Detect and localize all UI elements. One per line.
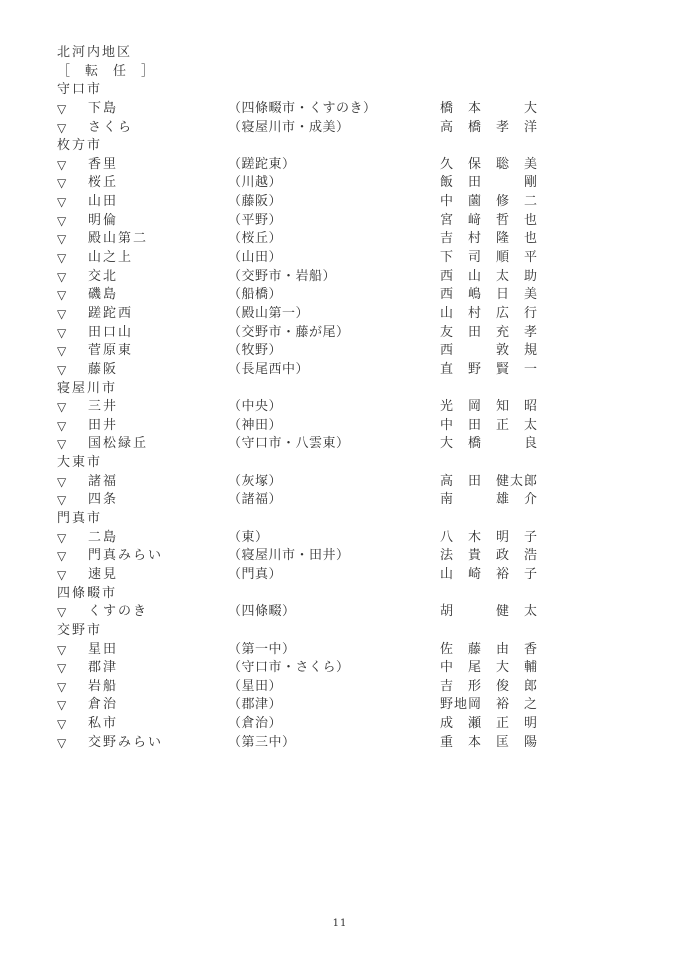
triangle-marker-icon: ▽ xyxy=(57,249,88,268)
person-name: 山 村 広 行 xyxy=(440,305,550,324)
school-name: 田口山 xyxy=(88,324,228,343)
previous-school: （第三中） xyxy=(228,734,440,753)
previous-school: （灰塚） xyxy=(228,473,440,492)
person-name: 山 崎 裕 子 xyxy=(440,566,550,585)
triangle-marker-icon: ▽ xyxy=(57,305,88,324)
person-name: 野地岡 裕 之 xyxy=(440,696,550,715)
previous-school: （川越） xyxy=(228,174,440,193)
previous-school: （守口市・八雲東） xyxy=(228,435,440,454)
transfer-entry-row: ▽蹉跎西（殿山第一）山 村 広 行 xyxy=(57,305,637,324)
transfer-entry-row: ▽交北（交野市・岩船）西 山 太 助 xyxy=(57,268,637,287)
school-name: 門真みらい xyxy=(88,547,228,566)
transfer-entry-row: ▽藤阪（長尾西中）直 野 賢 一 xyxy=(57,361,637,380)
transfer-entry-row: ▽二島（東）八 木 明 子 xyxy=(57,529,637,548)
previous-school: （藤阪） xyxy=(228,193,440,212)
previous-school: （第一中） xyxy=(228,641,440,660)
triangle-marker-icon: ▽ xyxy=(57,174,88,193)
transfer-entry-row: ▽田井（神田）中 田 正 太 xyxy=(57,417,637,436)
school-name: さくら xyxy=(88,119,228,138)
city-header: 門真市 xyxy=(57,510,637,529)
triangle-marker-icon: ▽ xyxy=(57,324,88,343)
school-name: 山之上 xyxy=(88,249,228,268)
school-name: 星田 xyxy=(88,641,228,660)
person-name: 直 野 賢 一 xyxy=(440,361,550,380)
school-name: 田井 xyxy=(88,417,228,436)
triangle-marker-icon: ▽ xyxy=(57,473,88,492)
previous-school: （長尾西中） xyxy=(228,361,440,380)
transfer-entry-row: ▽桜丘（川越）飯 田 剛 xyxy=(57,174,637,193)
previous-school: （中央） xyxy=(228,398,440,417)
school-name: 三井 xyxy=(88,398,228,417)
triangle-marker-icon: ▽ xyxy=(57,100,88,119)
city-header: 守口市 xyxy=(57,81,637,100)
school-name: 諸福 xyxy=(88,473,228,492)
transfer-entry-row: ▽交野みらい（第三中）重 本 匡 陽 xyxy=(57,734,637,753)
transfer-entry-row: ▽下島（四條畷市・くすのき）橋 本 大 xyxy=(57,100,637,119)
school-name: 交野みらい xyxy=(88,734,228,753)
person-name: 中 薗 修 二 xyxy=(440,193,550,212)
triangle-marker-icon: ▽ xyxy=(57,547,88,566)
school-name: 二島 xyxy=(88,529,228,548)
previous-school: （桜丘） xyxy=(228,230,440,249)
previous-school: （倉治） xyxy=(228,715,440,734)
previous-school: （殿山第一） xyxy=(228,305,440,324)
person-name: 久 保 聡 美 xyxy=(440,156,550,175)
previous-school: （星田） xyxy=(228,678,440,697)
triangle-marker-icon: ▽ xyxy=(57,641,88,660)
transfer-entry-row: ▽くすのき（四條畷）胡 健 太 xyxy=(57,603,637,622)
previous-school: （郡津） xyxy=(228,696,440,715)
triangle-marker-icon: ▽ xyxy=(57,230,88,249)
previous-school: （寝屋川市・田井） xyxy=(228,547,440,566)
school-name: 山田 xyxy=(88,193,228,212)
previous-school: （四條畷市・くすのき） xyxy=(228,100,440,119)
person-name: 大 橋 良 xyxy=(440,435,550,454)
triangle-marker-icon: ▽ xyxy=(57,361,88,380)
previous-school: （門真） xyxy=(228,566,440,585)
person-name: 飯 田 剛 xyxy=(440,174,550,193)
person-name: 橋 本 大 xyxy=(440,100,550,119)
previous-school: （蹉跎東） xyxy=(228,156,440,175)
transfer-entry-row: ▽私市（倉治）成 瀬 正 明 xyxy=(57,715,637,734)
previous-school: （神田） xyxy=(228,417,440,436)
transfer-entry-row: ▽星田（第一中）佐 藤 由 香 xyxy=(57,641,637,660)
school-name: 藤阪 xyxy=(88,361,228,380)
city-header: 交野市 xyxy=(57,622,637,641)
person-name: 中 田 正 太 xyxy=(440,417,550,436)
school-name: 私市 xyxy=(88,715,228,734)
transfer-entry-row: ▽諸福（灰塚）高 田 健太郎 xyxy=(57,473,637,492)
person-name: 法 貴 政 浩 xyxy=(440,547,550,566)
school-name: 交北 xyxy=(88,268,228,287)
school-name: 岩船 xyxy=(88,678,228,697)
person-name: 宮 﨑 哲 也 xyxy=(440,212,550,231)
city-header: 四條畷市 xyxy=(57,585,637,604)
page-number: 11 xyxy=(0,918,680,929)
transfer-entry-row: ▽岩船（星田）吉 形 俊 郎 xyxy=(57,678,637,697)
previous-school: （交野市・岩船） xyxy=(228,268,440,287)
person-name: 西 嶋 日 美 xyxy=(440,286,550,305)
person-name: 吉 村 隆 也 xyxy=(440,230,550,249)
previous-school: （山田） xyxy=(228,249,440,268)
triangle-marker-icon: ▽ xyxy=(57,603,88,622)
triangle-marker-icon: ▽ xyxy=(57,659,88,678)
triangle-marker-icon: ▽ xyxy=(57,678,88,697)
previous-school: （交野市・藤が尾） xyxy=(228,324,440,343)
school-name: 桜丘 xyxy=(88,174,228,193)
person-name: 成 瀬 正 明 xyxy=(440,715,550,734)
person-name: 中 尾 大 輔 xyxy=(440,659,550,678)
person-name: 光 岡 知 昭 xyxy=(440,398,550,417)
triangle-marker-icon: ▽ xyxy=(57,286,88,305)
triangle-marker-icon: ▽ xyxy=(57,342,88,361)
triangle-marker-icon: ▽ xyxy=(57,734,88,753)
triangle-marker-icon: ▽ xyxy=(57,268,88,287)
person-name: 佐 藤 由 香 xyxy=(440,641,550,660)
school-name: くすのき xyxy=(88,603,228,622)
person-name: 南 雄 介 xyxy=(440,491,550,510)
transfer-entry-row: ▽殿山第二（桜丘）吉 村 隆 也 xyxy=(57,230,637,249)
transfer-entry-row: ▽四条（諸福）南 雄 介 xyxy=(57,491,637,510)
city-header: 枚方市 xyxy=(57,137,637,156)
triangle-marker-icon: ▽ xyxy=(57,156,88,175)
previous-school: （船橋） xyxy=(228,286,440,305)
triangle-marker-icon: ▽ xyxy=(57,491,88,510)
person-name: 八 木 明 子 xyxy=(440,529,550,548)
school-name: 殿山第二 xyxy=(88,230,228,249)
city-sections: 守口市▽下島（四條畷市・くすのき）橋 本 大▽さくら（寝屋川市・成美）高 橋 孝… xyxy=(57,81,637,752)
transfer-entry-row: ▽国松緑丘（守口市・八雲東）大 橋 良 xyxy=(57,435,637,454)
triangle-marker-icon: ▽ xyxy=(57,435,88,454)
triangle-marker-icon: ▽ xyxy=(57,529,88,548)
school-name: 国松緑丘 xyxy=(88,435,228,454)
school-name: 菅原東 xyxy=(88,342,228,361)
triangle-marker-icon: ▽ xyxy=(57,696,88,715)
triangle-marker-icon: ▽ xyxy=(57,193,88,212)
transfer-entry-row: ▽田口山（交野市・藤が尾）友 田 充 孝 xyxy=(57,324,637,343)
person-name: 高 田 健太郎 xyxy=(440,473,550,492)
person-name: 重 本 匡 陽 xyxy=(440,734,550,753)
school-name: 下島 xyxy=(88,100,228,119)
person-name: 胡 健 太 xyxy=(440,603,550,622)
triangle-marker-icon: ▽ xyxy=(57,417,88,436)
person-name: 下 司 順 平 xyxy=(440,249,550,268)
transfer-list: 北河内地区 ［ 転 任 ］ 守口市▽下島（四條畷市・くすのき）橋 本 大▽さくら… xyxy=(57,44,637,752)
transfer-entry-row: ▽明倫（平野）宮 﨑 哲 也 xyxy=(57,212,637,231)
person-name: 西 山 太 助 xyxy=(440,268,550,287)
transfer-entry-row: ▽速見（門真）山 崎 裕 子 xyxy=(57,566,637,585)
list-type-heading: ［ 転 任 ］ xyxy=(57,63,637,82)
school-name: 倉治 xyxy=(88,696,228,715)
triangle-marker-icon: ▽ xyxy=(57,212,88,231)
school-name: 蹉跎西 xyxy=(88,305,228,324)
transfer-entry-row: ▽倉治（郡津）野地岡 裕 之 xyxy=(57,696,637,715)
previous-school: （牧野） xyxy=(228,342,440,361)
city-header: 大東市 xyxy=(57,454,637,473)
school-name: 郡津 xyxy=(88,659,228,678)
transfer-entry-row: ▽さくら（寝屋川市・成美）高 橋 孝 洋 xyxy=(57,119,637,138)
previous-school: （諸福） xyxy=(228,491,440,510)
person-name: 西 敦 規 xyxy=(440,342,550,361)
region-title: 北河内地区 xyxy=(57,44,637,63)
triangle-marker-icon: ▽ xyxy=(57,398,88,417)
school-name: 香里 xyxy=(88,156,228,175)
transfer-entry-row: ▽菅原東（牧野）西 敦 規 xyxy=(57,342,637,361)
triangle-marker-icon: ▽ xyxy=(57,715,88,734)
transfer-entry-row: ▽山之上（山田）下 司 順 平 xyxy=(57,249,637,268)
previous-school: （四條畷） xyxy=(228,603,440,622)
school-name: 速見 xyxy=(88,566,228,585)
transfer-entry-row: ▽三井（中央）光 岡 知 昭 xyxy=(57,398,637,417)
previous-school: （平野） xyxy=(228,212,440,231)
person-name: 吉 形 俊 郎 xyxy=(440,678,550,697)
previous-school: （守口市・さくら） xyxy=(228,659,440,678)
transfer-entry-row: ▽郡津（守口市・さくら）中 尾 大 輔 xyxy=(57,659,637,678)
transfer-entry-row: ▽門真みらい（寝屋川市・田井）法 貴 政 浩 xyxy=(57,547,637,566)
triangle-marker-icon: ▽ xyxy=(57,119,88,138)
triangle-marker-icon: ▽ xyxy=(57,566,88,585)
city-header: 寝屋川市 xyxy=(57,380,637,399)
school-name: 磯島 xyxy=(88,286,228,305)
person-name: 高 橋 孝 洋 xyxy=(440,119,550,138)
school-name: 四条 xyxy=(88,491,228,510)
person-name: 友 田 充 孝 xyxy=(440,324,550,343)
transfer-entry-row: ▽山田（藤阪）中 薗 修 二 xyxy=(57,193,637,212)
document-page: 北河内地区 ［ 転 任 ］ 守口市▽下島（四條畷市・くすのき）橋 本 大▽さくら… xyxy=(0,0,680,961)
previous-school: （寝屋川市・成美） xyxy=(228,119,440,138)
transfer-entry-row: ▽磯島（船橋）西 嶋 日 美 xyxy=(57,286,637,305)
school-name: 明倫 xyxy=(88,212,228,231)
previous-school: （東） xyxy=(228,529,440,548)
transfer-entry-row: ▽香里（蹉跎東）久 保 聡 美 xyxy=(57,156,637,175)
